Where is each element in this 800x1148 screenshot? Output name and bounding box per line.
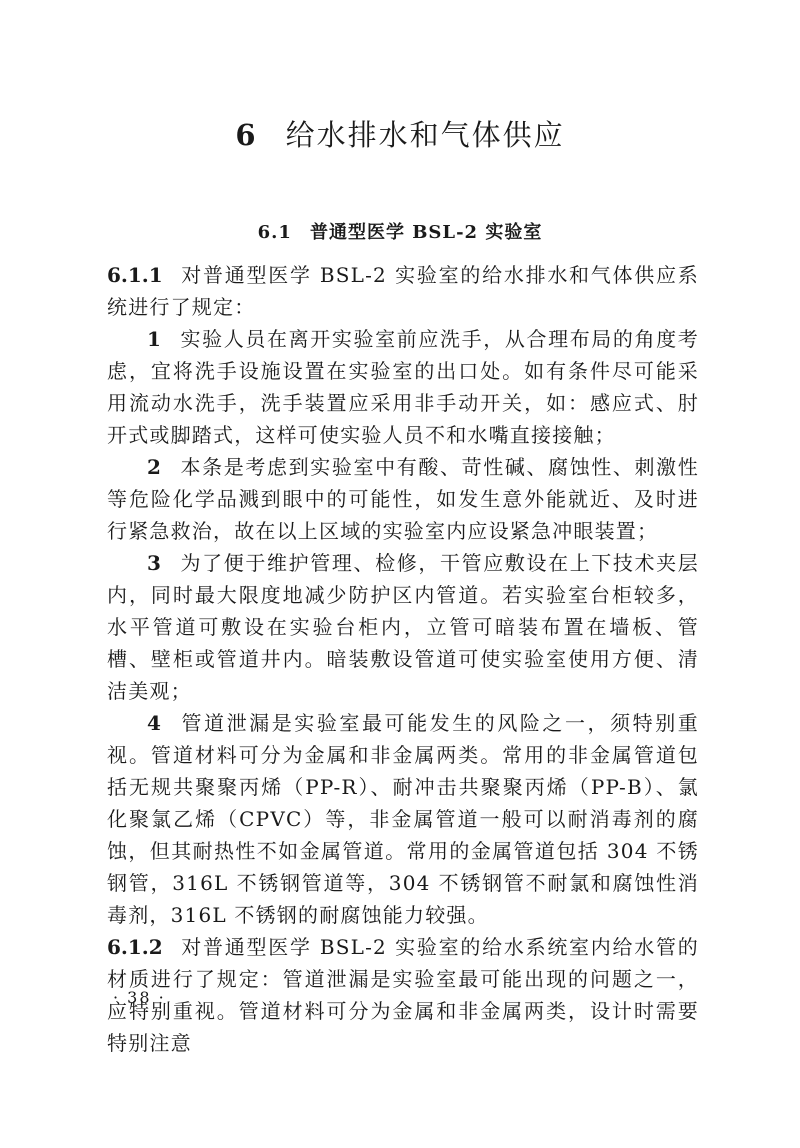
clause-item-3: 3为了便于维护管理、检修，干管应敷设在上下技术夹层内，同时最大限度地减少防护区内… [107,547,699,707]
clause-item-2: 2本条是考虑到实验室中有酸、苛性碱、腐蚀性、刺激性等危险化学品溅到眼中的可能性，… [107,451,699,547]
item-number: 1 [147,327,162,351]
section-number: 6.1 [258,222,292,243]
chapter-title: 6给水排水和气体供应 [0,113,800,154]
item-number: 2 [147,455,162,479]
clause-6-1-2: 6.1.2对普通型医学 BSL-2 实验室的给水系统室内给水管的材质进行了规定：… [107,931,699,1059]
clause-intro-text: 对普通型医学 BSL-2 实验室的给水排水和气体供应系统进行了规定： [107,263,699,319]
item-number: 3 [147,551,162,575]
clause-number: 6.1.1 [107,263,163,287]
clause-number: 6.1.2 [107,935,163,959]
clause-6-1-1-intro: 6.1.1对普通型医学 BSL-2 实验室的给水排水和气体供应系统进行了规定： [107,259,699,323]
section-title: 6.1普通型医学 BSL-2 实验室 [0,218,800,244]
document-page: 6给水排水和气体供应 6.1普通型医学 BSL-2 实验室 6.1.1对普通型医… [0,0,800,1148]
item-text: 为了便于维护管理、检修，干管应敷设在上下技术夹层内，同时最大限度地减少防护区内管… [107,551,699,703]
item-text: 实验人员在离开实验室前应洗手，从合理布局的角度考虑，宜将洗手设施设置在实验室的出… [107,327,699,447]
chapter-number: 6 [235,118,257,152]
clause-item-4: 4管道泄漏是实验室最可能发生的风险之一，须特别重视。管道材料可分为金属和非金属两… [107,707,699,931]
clause-item-1: 1实验人员在离开实验室前应洗手，从合理布局的角度考虑，宜将洗手设施设置在实验室的… [107,323,699,451]
item-text: 管道泄漏是实验室最可能发生的风险之一，须特别重视。管道材料可分为金属和非金属两类… [107,711,699,927]
section-title-text: 普通型医学 BSL-2 实验室 [310,222,542,243]
page-number: · 38 · [113,988,166,1007]
item-text: 本条是考虑到实验室中有酸、苛性碱、腐蚀性、刺激性等危险化学品溅到眼中的可能性，如… [107,455,699,543]
item-number: 4 [147,711,162,735]
clause-intro-text: 对普通型医学 BSL-2 实验室的给水系统室内给水管的材质进行了规定：管道泄漏是… [107,935,699,1055]
chapter-title-text: 给水排水和气体供应 [286,118,565,152]
body-text: 6.1.1对普通型医学 BSL-2 实验室的给水排水和气体供应系统进行了规定： … [107,259,699,1059]
